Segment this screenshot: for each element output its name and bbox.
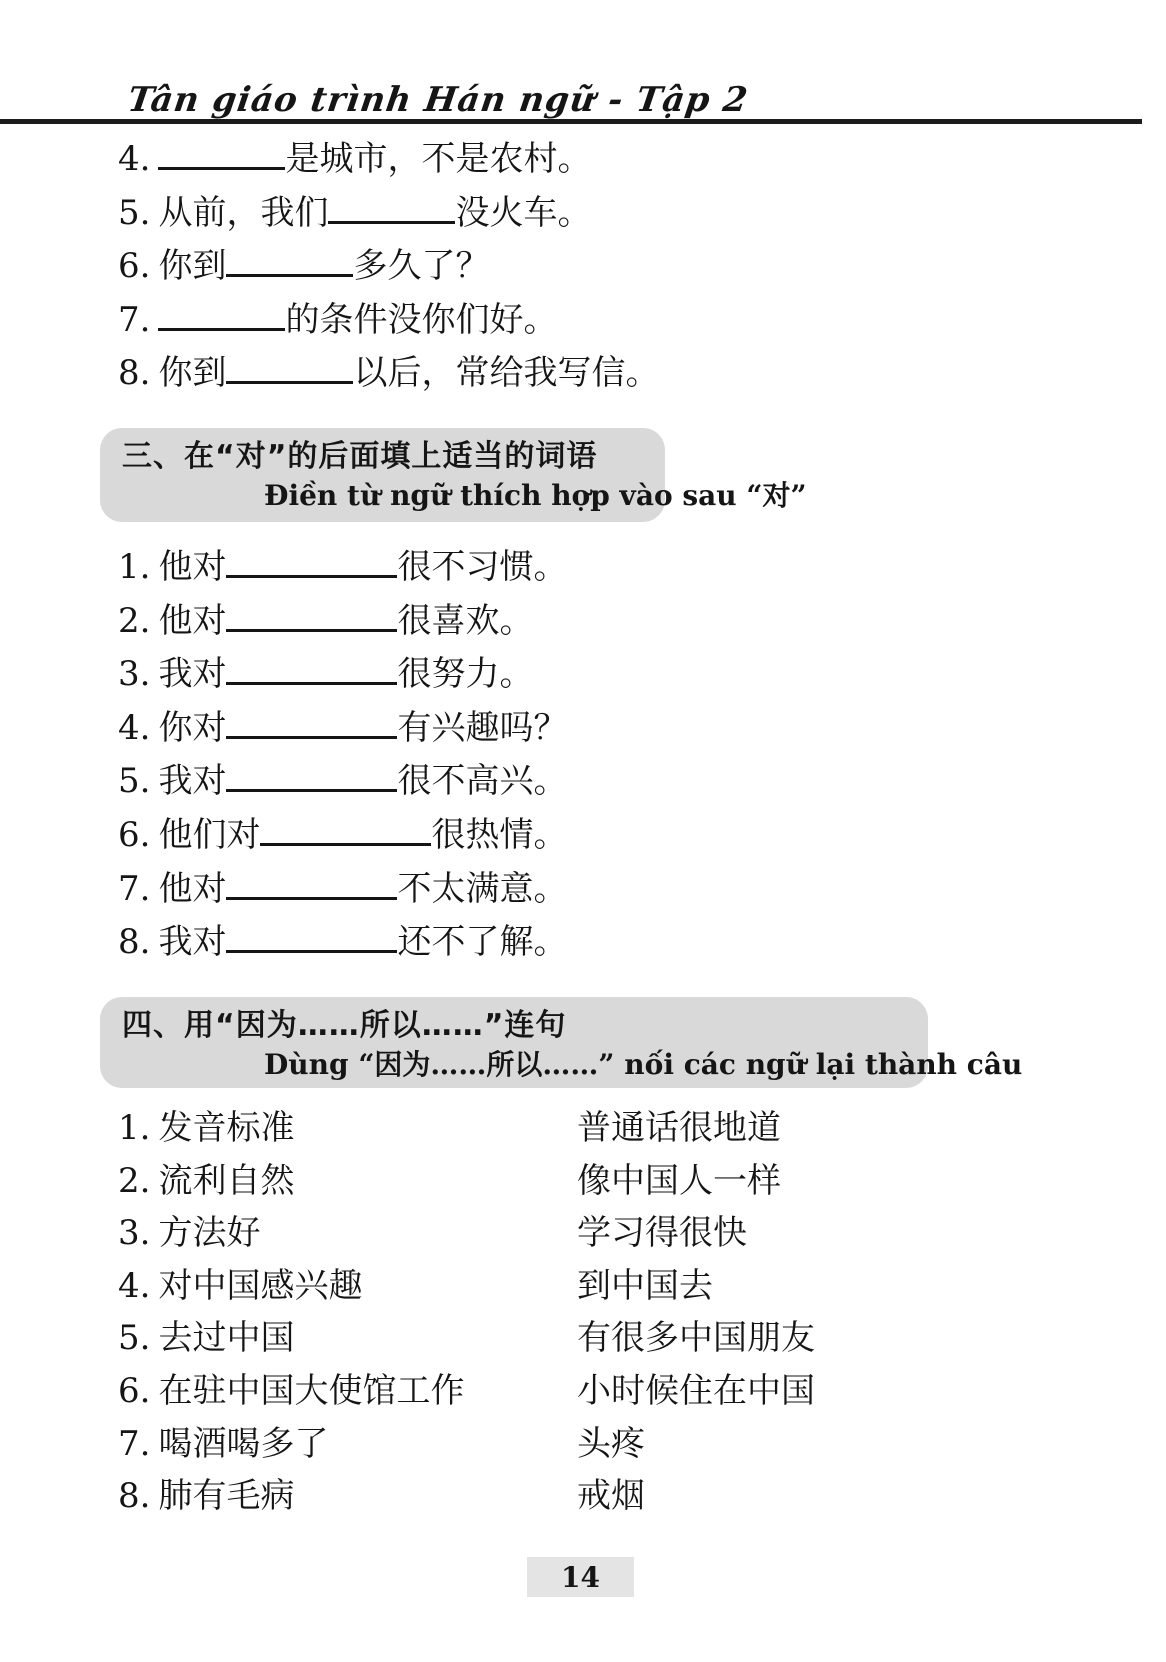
item-pre-text: 你对 <box>158 708 226 748</box>
exercise4-right-item: 头疼 <box>577 1418 815 1471</box>
item-left-text: 发音标准 <box>158 1108 294 1148</box>
item-post-text: 有兴趣吗？ <box>397 708 567 748</box>
exercise4-left-item: 3.方法好 <box>118 1207 577 1260</box>
exercise3-item: 8.我对还不了解。 <box>118 916 567 970</box>
item-pre-text: 我对 <box>158 761 226 801</box>
fill-in-blank <box>226 240 353 277</box>
fill-in-blank <box>158 133 285 170</box>
exercise4-left-item: 2.流利自然 <box>118 1155 577 1208</box>
item-post-text: 很不习惯。 <box>397 547 567 587</box>
item-pre-text: 他对 <box>158 547 226 587</box>
exercise3-item: 2.他对很喜欢。 <box>118 595 567 649</box>
item-pre-text: 他们对 <box>158 815 260 855</box>
item-post-text: 很热情。 <box>431 815 567 855</box>
item-number: 8. <box>118 916 150 970</box>
fill-in-blank <box>226 347 353 384</box>
item-post-text: 是城市，不是农村。 <box>285 139 591 179</box>
fill-in-blank <box>328 187 455 224</box>
exercise4-right-item: 学习得很快 <box>577 1207 815 1260</box>
item-number: 5. <box>118 187 150 241</box>
item-left-text: 方法好 <box>158 1213 260 1253</box>
exercise4-left-item: 7.喝酒喝多了 <box>118 1418 577 1471</box>
exercise4-right-item: 小时候住在中国 <box>577 1365 815 1418</box>
exercise3-item: 1.他对很不习惯。 <box>118 541 567 595</box>
item-number: 6. <box>118 240 150 294</box>
item-post-text: 没火车。 <box>455 193 591 233</box>
item-post-text: 不太满意。 <box>397 869 567 909</box>
exercise4-title-zh: 四、用“因为……所以……”连句 <box>122 1006 918 1046</box>
item-number: 7. <box>118 863 150 917</box>
fill-in-blank <box>226 755 397 792</box>
exercise2-item: 8.你到以后，常给我写信。 <box>118 347 659 401</box>
fill-in-blank <box>226 541 397 578</box>
item-pre-text: 你到 <box>158 246 226 286</box>
exercise2-item-list: 4.是城市，不是农村。 5.从前，我们没火车。 6.你到多久了？ 7.的条件没你… <box>118 133 659 401</box>
item-left-text: 肺有毛病 <box>158 1476 294 1516</box>
item-number: 2. <box>118 595 150 649</box>
item-pre-text: 从前，我们 <box>158 193 328 233</box>
exercise3-item: 7.他对不太满意。 <box>118 863 567 917</box>
item-pre-text: 他对 <box>158 601 226 641</box>
item-number: 5. <box>118 1312 150 1365</box>
exercise4-right-item: 普通话很地道 <box>577 1102 815 1155</box>
fill-in-blank <box>226 916 397 953</box>
exercise4-right-item: 戒烟 <box>577 1470 815 1523</box>
exercise3-number: 三、 <box>122 439 184 474</box>
item-left-text: 喝酒喝多了 <box>158 1424 328 1464</box>
item-post-text: 以后，常给我写信。 <box>353 353 659 393</box>
item-number: 8. <box>118 1470 150 1523</box>
page-number-badge: 14 <box>527 1557 634 1597</box>
fill-in-blank <box>226 702 397 739</box>
item-pre-text: 我对 <box>158 654 226 694</box>
fill-in-blank <box>226 648 397 685</box>
item-number: 2. <box>118 1155 150 1208</box>
exercise4-right-item: 到中国去 <box>577 1260 815 1313</box>
exercise3-item: 4.你对有兴趣吗？ <box>118 702 567 756</box>
item-number: 6. <box>118 1365 150 1418</box>
item-left-text: 对中国感兴趣 <box>158 1266 362 1306</box>
item-number: 5. <box>118 755 150 809</box>
item-number: 3. <box>118 1207 150 1260</box>
fill-in-blank <box>260 809 431 846</box>
exercise3-title-vi: Điền từ ngữ thích hợp vào sau “对” <box>122 477 655 515</box>
exercise4-item-list: 1.发音标准 普通话很地道 2.流利自然 像中国人一样 3.方法好 学习得很快 … <box>118 1102 815 1523</box>
exercise4-left-item: 6.在驻中国大使馆工作 <box>118 1365 577 1418</box>
exercise4-header-box: 四、用“因为……所以……”连句 Dùng “因为……所以……” nối các … <box>100 997 928 1088</box>
item-number: 8. <box>118 347 150 401</box>
exercise4-left-item: 1.发音标准 <box>118 1102 577 1155</box>
exercise2-item: 6.你到多久了？ <box>118 240 659 294</box>
item-number: 1. <box>118 541 150 595</box>
exercise4-number: 四、 <box>122 1008 184 1043</box>
page-number: 14 <box>561 1561 600 1594</box>
item-post-text: 还不了解。 <box>397 922 567 962</box>
exercise3-item: 6.他们对很热情。 <box>118 809 567 863</box>
item-pre-text: 他对 <box>158 869 226 909</box>
fill-in-blank <box>226 595 397 632</box>
exercise4-title-vi: Dùng “因为……所以……” nối các ngữ lại thành câ… <box>122 1046 918 1084</box>
exercise2-item: 7.的条件没你们好。 <box>118 294 659 348</box>
item-pre-text: 我对 <box>158 922 226 962</box>
exercise2-item: 5.从前，我们没火车。 <box>118 187 659 241</box>
exercise4-right-item: 有很多中国朋友 <box>577 1312 815 1365</box>
exercise3-header-box: 三、在“对”的后面填上适当的词语 Điền từ ngữ thích hợp v… <box>100 428 665 522</box>
item-number: 6. <box>118 809 150 863</box>
item-post-text: 很喜欢。 <box>397 601 533 641</box>
item-left-text: 流利自然 <box>158 1161 294 1201</box>
exercise3-title-zh: 三、在“对”的后面填上适当的词语 <box>122 437 655 477</box>
exercise2-item: 4.是城市，不是农村。 <box>118 133 659 187</box>
item-number: 7. <box>118 1418 150 1471</box>
item-post-text: 很不高兴。 <box>397 761 567 801</box>
item-post-text: 多久了？ <box>353 246 489 286</box>
fill-in-blank <box>158 294 285 331</box>
item-number: 4. <box>118 702 150 756</box>
exercise4-left-item: 5.去过中国 <box>118 1312 577 1365</box>
item-pre-text: 你到 <box>158 353 226 393</box>
item-post-text: 很努力。 <box>397 654 533 694</box>
exercise4-left-item: 4.对中国感兴趣 <box>118 1260 577 1313</box>
item-post-text: 的条件没你们好。 <box>285 300 557 340</box>
exercise4-left-item: 8.肺有毛病 <box>118 1470 577 1523</box>
exercise3-instruction-zh: 在“对”的后面填上适当的词语 <box>184 439 597 474</box>
item-number: 3. <box>118 648 150 702</box>
book-title: Tân giáo trình Hán ngữ - Tập 2 <box>125 80 751 120</box>
item-number: 7. <box>118 294 150 348</box>
fill-in-blank <box>226 863 397 900</box>
exercise3-item: 5.我对很不高兴。 <box>118 755 567 809</box>
item-left-text: 去过中国 <box>158 1318 294 1358</box>
item-number: 4. <box>118 133 150 187</box>
exercise3-item-list: 1.他对很不习惯。 2.他对很喜欢。 3.我对很努力。 4.你对有兴趣吗？ 5.… <box>118 541 567 970</box>
exercise4-instruction-zh: 用“因为……所以……”连句 <box>184 1008 566 1043</box>
item-number: 1. <box>118 1102 150 1155</box>
header-divider-line <box>0 119 1142 124</box>
item-left-text: 在驻中国大使馆工作 <box>158 1371 464 1411</box>
exercise3-item: 3.我对很努力。 <box>118 648 567 702</box>
exercise4-right-item: 像中国人一样 <box>577 1155 815 1208</box>
item-number: 4. <box>118 1260 150 1313</box>
